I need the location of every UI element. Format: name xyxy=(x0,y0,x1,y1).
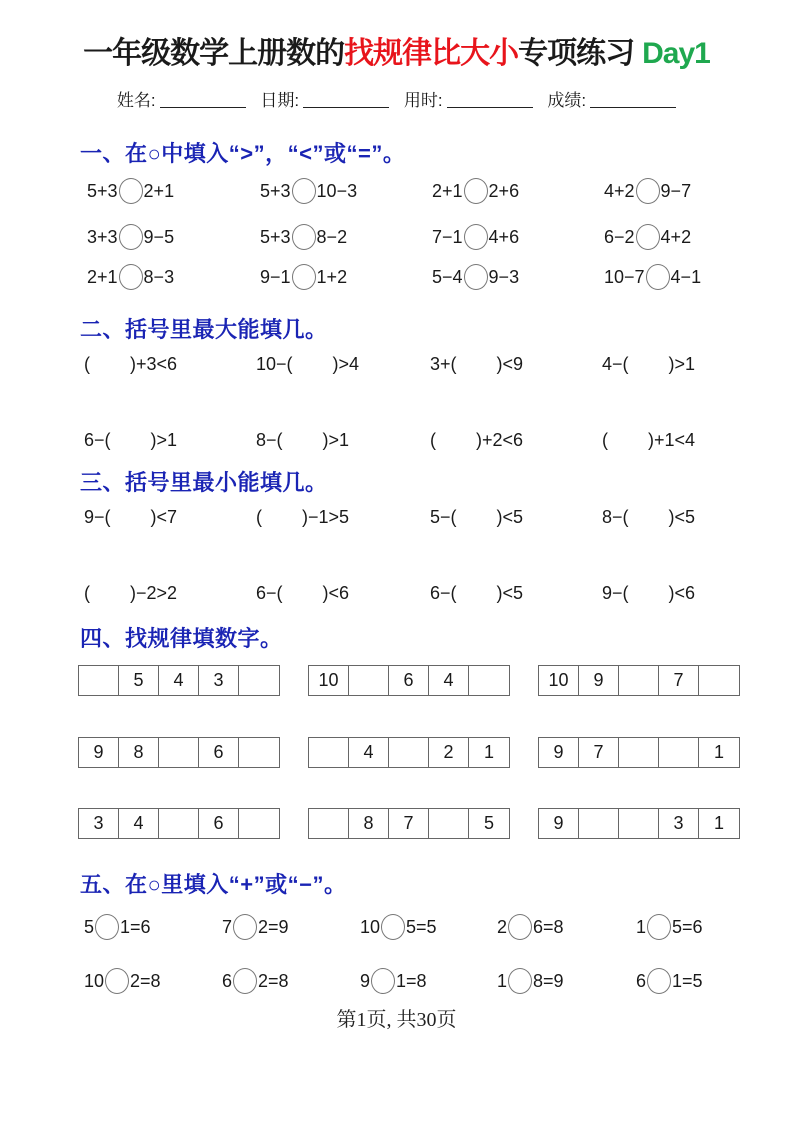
inequality-item: 6−()<6 xyxy=(256,578,349,608)
section1-heading: 一、在○中填入“>”，“<”或“=”。 xyxy=(80,137,405,168)
number-box: 3 xyxy=(659,809,699,838)
right-expression: 4+6 xyxy=(489,227,520,248)
right-expression: 5=6 xyxy=(672,917,703,938)
right-expression: 4+2 xyxy=(661,227,692,248)
section4-heading: 四、找规律填数字。 xyxy=(80,622,283,653)
number-box: 7 xyxy=(579,738,619,767)
inequality-item: ()+2<6 xyxy=(430,425,523,455)
number-box: 9 xyxy=(79,738,119,767)
expression-prefix: ( xyxy=(256,507,262,528)
empty-number-box[interactable] xyxy=(239,666,279,695)
inequality-row: 6−()>18−()>1()+2<6()+1<4 xyxy=(0,425,793,455)
operator-circle[interactable] xyxy=(233,968,257,994)
answer-circle[interactable] xyxy=(636,178,660,204)
right-expression: 10−3 xyxy=(317,181,358,202)
left-operand: 2 xyxy=(497,917,507,938)
right-expression: 8−2 xyxy=(317,227,348,248)
operator-item: 15=6 xyxy=(636,912,703,942)
left-expression: 5−4 xyxy=(432,267,463,288)
empty-number-box[interactable] xyxy=(619,738,659,767)
operator-circle[interactable] xyxy=(95,914,119,940)
expression-prefix: ( xyxy=(430,430,436,451)
empty-number-box[interactable] xyxy=(239,809,279,838)
right-expression: 2+6 xyxy=(489,181,520,202)
expression-suffix: )<5 xyxy=(497,507,524,528)
name-field[interactable] xyxy=(160,91,246,108)
comparison-item: 4+29−7 xyxy=(604,176,691,206)
right-expression: 2=9 xyxy=(258,917,289,938)
expression-suffix: )<5 xyxy=(669,507,696,528)
operator-item: 26=8 xyxy=(497,912,564,942)
right-expression: 8=9 xyxy=(533,971,564,992)
answer-circle[interactable] xyxy=(292,224,316,250)
number-sequence-grid: 1064 xyxy=(308,665,510,696)
number-box: 8 xyxy=(349,809,389,838)
expression-prefix: 9−( xyxy=(84,507,111,528)
score-label: 成绩: xyxy=(547,91,586,110)
number-box: 9 xyxy=(539,809,579,838)
inequality-row: ()−2>26−()<66−()<59−()<6 xyxy=(0,578,793,608)
comparison-item: 5−49−3 xyxy=(432,262,519,292)
left-expression: 3+3 xyxy=(87,227,118,248)
section3-heading: 三、括号里最小能填几。 xyxy=(80,466,328,497)
number-box: 5 xyxy=(119,666,159,695)
inequality-item: 8−()>1 xyxy=(256,425,349,455)
left-expression: 5+3 xyxy=(260,227,291,248)
right-expression: 1+2 xyxy=(317,267,348,288)
expression-prefix: ( xyxy=(602,430,608,451)
expression-prefix: ( xyxy=(84,354,90,375)
left-expression: 6−2 xyxy=(604,227,635,248)
expression-prefix: 6−( xyxy=(430,583,457,604)
number-box: 9 xyxy=(539,738,579,767)
answer-circle[interactable] xyxy=(464,224,488,250)
time-field[interactable] xyxy=(447,91,533,108)
empty-number-box[interactable] xyxy=(309,809,349,838)
expression-prefix: 6−( xyxy=(256,583,283,604)
answer-circle[interactable] xyxy=(119,224,143,250)
operator-item: 18=9 xyxy=(497,966,564,996)
number-box: 1 xyxy=(699,738,739,767)
comparison-row: 3+39−55+38−27−14+66−24+2 xyxy=(0,222,793,252)
empty-number-box[interactable] xyxy=(159,809,199,838)
operator-row: 51=672=9105=526=815=6 xyxy=(0,912,793,942)
empty-number-box[interactable] xyxy=(159,738,199,767)
inequality-item: 9−()<7 xyxy=(84,502,177,532)
right-expression: 5=5 xyxy=(406,917,437,938)
number-box: 4 xyxy=(119,809,159,838)
inequality-item: 5−()<5 xyxy=(430,502,523,532)
operator-circle[interactable] xyxy=(371,968,395,994)
expression-suffix: )>1 xyxy=(669,354,696,375)
number-box: 4 xyxy=(429,666,469,695)
number-box: 3 xyxy=(199,666,239,695)
left-operand: 6 xyxy=(636,971,646,992)
number-box: 9 xyxy=(579,666,619,695)
left-expression: 5+3 xyxy=(260,181,291,202)
empty-number-box[interactable] xyxy=(239,738,279,767)
number-box: 6 xyxy=(199,738,239,767)
expression-suffix: )<5 xyxy=(497,583,524,604)
operator-item: 62=8 xyxy=(222,966,289,996)
operator-circle[interactable] xyxy=(508,968,532,994)
answer-circle[interactable] xyxy=(119,264,143,290)
comparison-item: 10−74−1 xyxy=(604,262,701,292)
number-sequence-grid: 1097 xyxy=(538,665,740,696)
empty-number-box[interactable] xyxy=(429,809,469,838)
number-box: 4 xyxy=(349,738,389,767)
number-box: 8 xyxy=(119,738,159,767)
expression-prefix: 3+( xyxy=(430,354,457,375)
number-sequence-grid: 971 xyxy=(538,737,740,768)
empty-number-box[interactable] xyxy=(349,666,389,695)
answer-circle[interactable] xyxy=(464,264,488,290)
inequality-item: ()−1>5 xyxy=(256,502,349,532)
comparison-item: 3+39−5 xyxy=(87,222,174,252)
right-expression: 2=8 xyxy=(258,971,289,992)
inequality-item: ()−2>2 xyxy=(84,578,177,608)
number-sequence-grid: 875 xyxy=(308,808,510,839)
left-operand: 1 xyxy=(636,917,646,938)
expression-suffix: )−1>5 xyxy=(302,507,349,528)
left-expression: 2+1 xyxy=(432,181,463,202)
number-box: 1 xyxy=(469,738,509,767)
right-expression: 9−3 xyxy=(489,267,520,288)
right-expression: 1=5 xyxy=(672,971,703,992)
comparison-item: 2+12+6 xyxy=(432,176,519,206)
page-footer: 第1页, 共30页 xyxy=(0,1003,793,1032)
comparison-item: 6−24+2 xyxy=(604,222,691,252)
section5-heading: 五、在○里填入“+”或“−”。 xyxy=(80,868,346,899)
empty-number-box[interactable] xyxy=(699,666,739,695)
right-expression: 9−7 xyxy=(661,181,692,202)
inequality-item: 6−()>1 xyxy=(84,425,177,455)
left-operand: 5 xyxy=(84,917,94,938)
comparison-item: 5+310−3 xyxy=(260,176,357,206)
date-field[interactable] xyxy=(303,91,389,108)
number-box: 5 xyxy=(469,809,509,838)
expression-suffix: )>4 xyxy=(333,354,360,375)
inequality-item: 8−()<5 xyxy=(602,502,695,532)
student-info-line: 姓名: 日期: 用时: 成绩: xyxy=(0,86,793,111)
number-sequence-grid: 346 xyxy=(78,808,280,839)
time-label: 用时: xyxy=(404,91,443,110)
right-expression: 4−1 xyxy=(671,267,702,288)
comparison-row: 5+32+15+310−32+12+64+29−7 xyxy=(0,176,793,206)
expression-suffix: )+1<4 xyxy=(648,430,695,451)
right-expression: 9−5 xyxy=(144,227,175,248)
answer-circle[interactable] xyxy=(464,178,488,204)
comparison-row: 2+18−39−11+25−49−310−74−1 xyxy=(0,262,793,292)
expression-suffix: )+2<6 xyxy=(476,430,523,451)
expression-suffix: )<6 xyxy=(669,583,696,604)
operator-circle[interactable] xyxy=(105,968,129,994)
left-expression: 5+3 xyxy=(87,181,118,202)
right-expression: 2=8 xyxy=(130,971,161,992)
expression-suffix: )>1 xyxy=(151,430,178,451)
date-label: 日期: xyxy=(260,91,299,110)
operator-row: 102=862=891=818=961=5 xyxy=(0,966,793,996)
operator-item: 105=5 xyxy=(360,912,437,942)
comparison-item: 2+18−3 xyxy=(87,262,174,292)
comparison-item: 5+32+1 xyxy=(87,176,174,206)
section2-heading: 二、括号里最大能填几。 xyxy=(80,313,328,344)
title-part3: 专项练习 xyxy=(518,37,634,70)
inequality-item: 3+()<9 xyxy=(430,349,523,379)
operator-circle[interactable] xyxy=(508,914,532,940)
number-box: 3 xyxy=(79,809,119,838)
number-box: 6 xyxy=(199,809,239,838)
right-expression: 8−3 xyxy=(144,267,175,288)
expression-prefix: 6−( xyxy=(84,430,111,451)
inequality-item: 4−()>1 xyxy=(602,349,695,379)
number-box: 10 xyxy=(309,666,349,695)
answer-circle[interactable] xyxy=(292,178,316,204)
inequality-row: 9−()<7()−1>55−()<58−()<5 xyxy=(0,502,793,532)
operator-item: 72=9 xyxy=(222,912,289,942)
left-operand: 9 xyxy=(360,971,370,992)
answer-circle[interactable] xyxy=(636,224,660,250)
number-box: 6 xyxy=(389,666,429,695)
expression-prefix: 4−( xyxy=(602,354,629,375)
right-expression: 1=8 xyxy=(396,971,427,992)
left-expression: 7−1 xyxy=(432,227,463,248)
inequality-item: ()+3<6 xyxy=(84,349,177,379)
number-box: 2 xyxy=(429,738,469,767)
expression-prefix: 9−( xyxy=(602,583,629,604)
number-box: 1 xyxy=(699,809,739,838)
inequality-item: 10−()>4 xyxy=(256,349,359,379)
comparison-item: 5+38−2 xyxy=(260,222,347,252)
name-label: 姓名: xyxy=(117,91,156,110)
inequality-item: 9−()<6 xyxy=(602,578,695,608)
empty-number-box[interactable] xyxy=(79,666,119,695)
left-expression: 10−7 xyxy=(604,267,645,288)
expression-suffix: )−2>2 xyxy=(130,583,177,604)
expression-suffix: )<7 xyxy=(151,507,178,528)
operator-item: 102=8 xyxy=(84,966,161,996)
empty-number-box[interactable] xyxy=(619,809,659,838)
number-sequence-grid: 931 xyxy=(538,808,740,839)
comparison-item: 9−11+2 xyxy=(260,262,347,292)
inequality-row: ()+3<610−()>43+()<94−()>1 xyxy=(0,349,793,379)
empty-number-box[interactable] xyxy=(309,738,349,767)
expression-suffix: )>1 xyxy=(323,430,350,451)
expression-suffix: )<6 xyxy=(323,583,350,604)
expression-prefix: 5−( xyxy=(430,507,457,528)
right-expression: 1=6 xyxy=(120,917,151,938)
number-sequence-grid: 421 xyxy=(308,737,510,768)
empty-number-box[interactable] xyxy=(619,666,659,695)
number-box: 7 xyxy=(659,666,699,695)
expression-prefix: 8−( xyxy=(602,507,629,528)
inequality-item: 6−()<5 xyxy=(430,578,523,608)
left-operand: 10 xyxy=(84,971,104,992)
inequality-item: ()+1<4 xyxy=(602,425,695,455)
operator-item: 61=5 xyxy=(636,966,703,996)
empty-number-box[interactable] xyxy=(389,738,429,767)
expression-prefix: 10−( xyxy=(256,354,293,375)
left-operand: 7 xyxy=(222,917,232,938)
operator-circle[interactable] xyxy=(381,914,405,940)
number-box: 4 xyxy=(159,666,199,695)
answer-circle[interactable] xyxy=(292,264,316,290)
empty-number-box[interactable] xyxy=(659,738,699,767)
empty-number-box[interactable] xyxy=(469,666,509,695)
left-expression: 2+1 xyxy=(87,267,118,288)
operator-circle[interactable] xyxy=(647,914,671,940)
number-sequence-grid: 543 xyxy=(78,665,280,696)
expression-prefix: 8−( xyxy=(256,430,283,451)
title-day: Day1 xyxy=(642,37,710,70)
number-box: 7 xyxy=(389,809,429,838)
expression-suffix: )<9 xyxy=(497,354,524,375)
title-part1: 一年级数学上册数的 xyxy=(83,37,344,70)
right-expression: 6=8 xyxy=(533,917,564,938)
expression-prefix: ( xyxy=(84,583,90,604)
operator-circle[interactable] xyxy=(647,968,671,994)
expression-suffix: )+3<6 xyxy=(130,354,177,375)
left-operand: 6 xyxy=(222,971,232,992)
operator-item: 51=6 xyxy=(84,912,151,942)
operator-item: 91=8 xyxy=(360,966,427,996)
right-expression: 2+1 xyxy=(144,181,175,202)
left-operand: 1 xyxy=(497,971,507,992)
answer-circle[interactable] xyxy=(646,264,670,290)
score-field[interactable] xyxy=(590,91,676,108)
number-sequence-grid: 986 xyxy=(78,737,280,768)
answer-circle[interactable] xyxy=(119,178,143,204)
empty-number-box[interactable] xyxy=(579,809,619,838)
comparison-item: 7−14+6 xyxy=(432,222,519,252)
left-expression: 4+2 xyxy=(604,181,635,202)
left-operand: 10 xyxy=(360,917,380,938)
number-box: 10 xyxy=(539,666,579,695)
worksheet-title: 一年级数学上册数的找规律比大小专项练习Day1 xyxy=(0,28,793,72)
left-expression: 9−1 xyxy=(260,267,291,288)
operator-circle[interactable] xyxy=(233,914,257,940)
title-highlight: 找规律比大小 xyxy=(344,37,518,70)
